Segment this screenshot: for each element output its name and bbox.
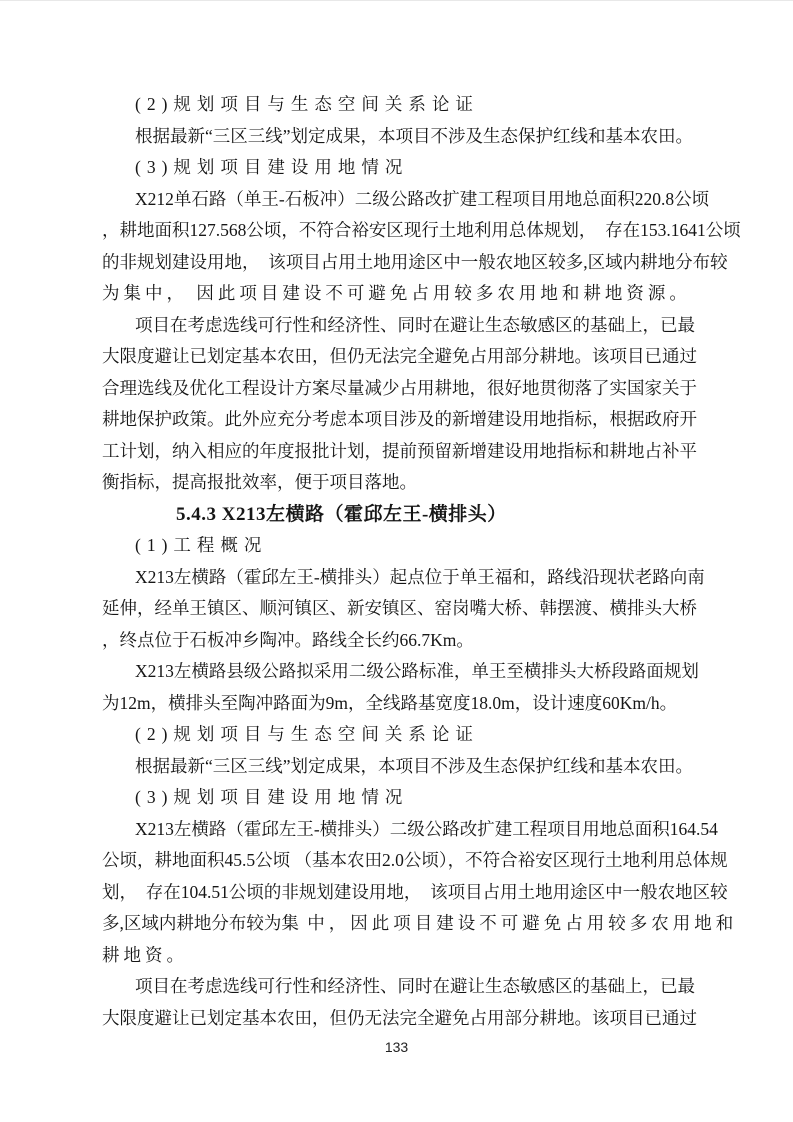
section-heading: 5.4.3 X213左横路（霍邱左王-横排头）: [102, 499, 694, 531]
doc-line: 划， 存在104.51公顷的非规划建设用地， 该项目占用土地用途区中一般农地区较: [102, 877, 694, 909]
doc-line: ，终点位于石板冲乡陶冲。路线全长约66.7Km。: [102, 625, 694, 657]
doc-line: 耕地资。: [102, 940, 694, 972]
page-number: 133: [0, 1037, 793, 1057]
doc-line: 为12m，横排头至陶冲路面为9m，全线路基宽度18.0m，设计速度60Km/h。: [102, 688, 694, 720]
doc-line: 衡指标，提高报批效率，便于项目落地。: [102, 467, 694, 499]
doc-line: 大限度避让已划定基本农田，但仍无法完全避免占用部分耕地。该项目已通过: [102, 341, 694, 373]
doc-line: 大限度避让已划定基本农田，但仍无法完全避免占用部分耕地。该项目已通过: [102, 1003, 694, 1035]
doc-line-subheading: (3)规划项目建设用地情况: [102, 152, 694, 184]
doc-line: 公顷，耕地面积45.5公顷 （基本农田2.0公顷），不符合裕安区现行土地利用总体…: [102, 845, 694, 877]
doc-line-subheading: (1)工程概况: [102, 530, 694, 562]
doc-line: 耕地保护政策。此外应充分考虑本项目涉及的新增建设用地指标，根据政府开: [102, 404, 694, 436]
doc-line: X213左横路县级公路拟采用二级公路标准，单王至横排头大桥段路面规划: [102, 656, 694, 688]
doc-line: 多,区域内耕地分布较为集 中，因此项目建设不可避免占用较多农用地和: [102, 908, 694, 940]
doc-line-subheading: (3)规划项目建设用地情况: [102, 782, 694, 814]
doc-line: X212单石路（单王-石板冲）二级公路改扩建工程项目用地总面积220.8公顷: [102, 184, 694, 216]
doc-line: X213左横路（霍邱左王-横排头）起点位于单王福和，路线沿现状老路向南: [102, 562, 694, 594]
doc-line: 根据最新“三区三线”划定成果，本项目不涉及生态保护红线和基本农田。: [102, 751, 694, 783]
doc-line: X213左横路（霍邱左王-横排头）二级公路改扩建工程项目用地总面积164.54: [102, 814, 694, 846]
doc-line: 根据最新“三区三线”划定成果，本项目不涉及生态保护红线和基本农田。: [102, 121, 694, 153]
doc-line: 为集中， 因此项目建设不可避免占用较多农用地和耕地资源。: [102, 278, 694, 310]
page-body-text: (2)规划项目与生态空间关系论证 根据最新“三区三线”划定成果，本项目不涉及生态…: [102, 89, 694, 1034]
line-segment: 多,区域内耕地分布较为集: [102, 913, 299, 933]
line-segment: 中，因此项目建设不可避免占用较多农用地和: [299, 913, 737, 933]
doc-line: 项目在考虑选线可行性和经济性、同时在避让生态敏感区的基础上，已最: [102, 310, 694, 342]
doc-line: ，耕地面积127.568公顷，不符合裕安区现行土地利用总体规划， 存在153.1…: [102, 215, 694, 247]
doc-line: 项目在考虑选线可行性和经济性、同时在避让生态敏感区的基础上，已最: [102, 971, 694, 1003]
doc-line: 的非规划建设用地， 该项目占用土地用途区中一般农地区较多,区域内耕地分布较: [102, 247, 694, 279]
document-page: (2)规划项目与生态空间关系论证 根据最新“三区三线”划定成果，本项目不涉及生态…: [0, 0, 793, 1122]
doc-line-subheading: (2)规划项目与生态空间关系论证: [102, 719, 694, 751]
doc-line: 延伸，经单王镇区、顺河镇区、新安镇区、窑岗嘴大桥、韩摆渡、横排头大桥: [102, 593, 694, 625]
doc-line: 工计划，纳入相应的年度报批计划，提前预留新增建设用地指标和耕地占补平: [102, 436, 694, 468]
doc-line: 合理选线及优化工程设计方案尽量减少占用耕地，很好地贯彻落了实国家关于: [102, 373, 694, 405]
doc-line-subheading: (2)规划项目与生态空间关系论证: [102, 89, 694, 121]
